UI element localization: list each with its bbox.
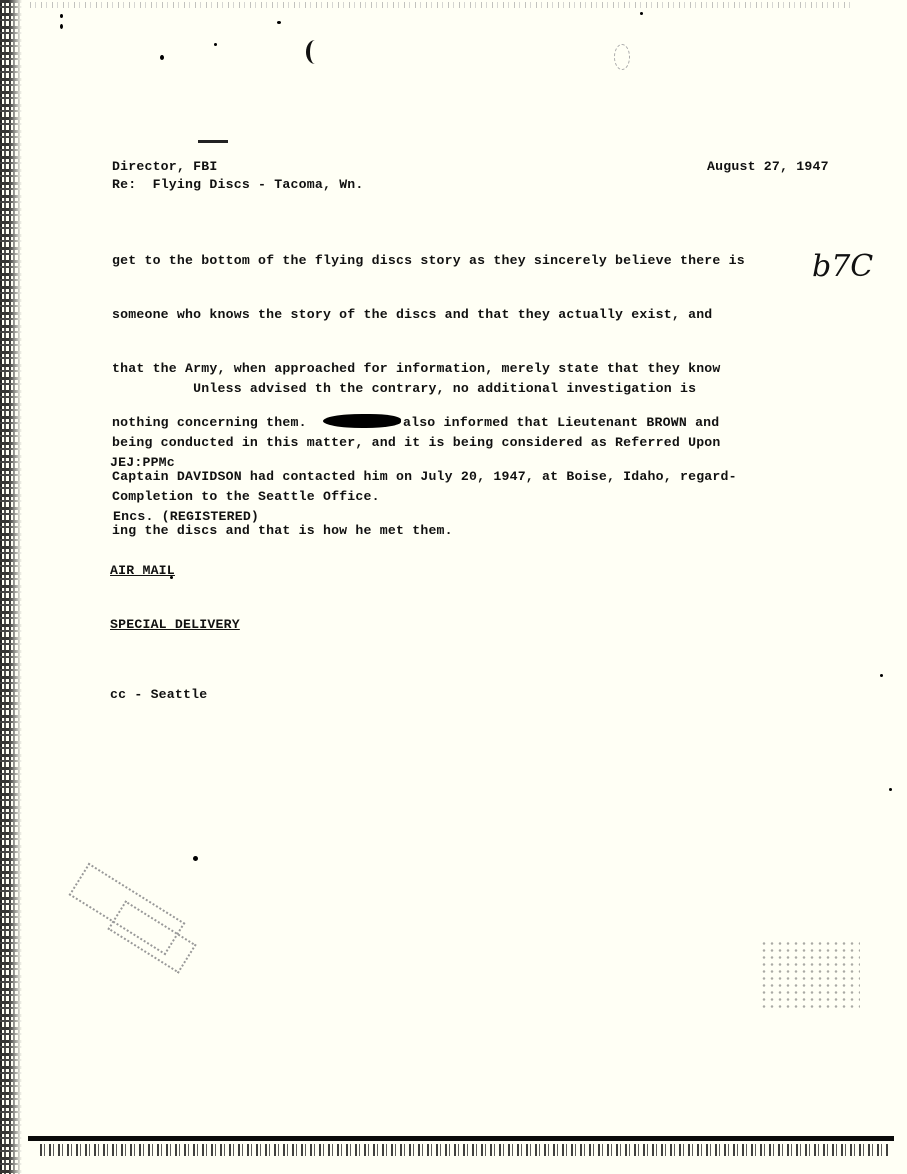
body-line: Unless advised th the contrary, no addit… <box>112 380 721 398</box>
body-line: someone who knows the story of the discs… <box>112 306 745 324</box>
scan-edge-noise <box>0 0 22 1174</box>
re-label: Re: <box>112 177 136 192</box>
handwritten-exemption-mark: b7C <box>812 252 873 282</box>
scan-top-noise <box>30 2 850 8</box>
letter-date: August 27, 1947 <box>707 158 829 176</box>
enclosures: Encs. (REGISTERED) <box>110 508 259 526</box>
top-dash-mark <box>198 140 228 143</box>
punch-hole-right <box>614 44 630 70</box>
scan-bottom-noise <box>40 1144 890 1156</box>
speck <box>880 674 883 677</box>
speck <box>889 788 892 791</box>
delivery-type: SPECIAL DELIVERY <box>110 616 259 634</box>
carbon-copy: cc - Seattle <box>110 686 259 704</box>
bottom-rule <box>28 1136 894 1141</box>
letter-footer: JEJ:PPMc Encs. (REGISTERED) AIR MAIL SPE… <box>110 418 259 740</box>
typist-initials: JEJ:PPMc <box>110 454 259 472</box>
document-page: Director, FBI Re: Flying Discs - Tacoma,… <box>0 0 907 1174</box>
speck <box>214 43 217 46</box>
body-line: get to the bottom of the flying discs st… <box>112 252 745 270</box>
addressee: Director, FBI <box>112 158 217 176</box>
speck <box>60 14 63 18</box>
subject-line: Re: Flying Discs - Tacoma, Wn. <box>112 176 364 194</box>
speck <box>277 21 281 24</box>
speck <box>160 55 164 60</box>
speck <box>193 856 198 861</box>
scan-speckles <box>760 940 860 1010</box>
subject: Flying Discs - Tacoma, Wn. <box>153 177 364 192</box>
mail-type: AIR MAIL <box>110 562 259 580</box>
speck <box>60 24 63 29</box>
punch-hole-left <box>306 40 324 64</box>
speck <box>640 12 643 15</box>
